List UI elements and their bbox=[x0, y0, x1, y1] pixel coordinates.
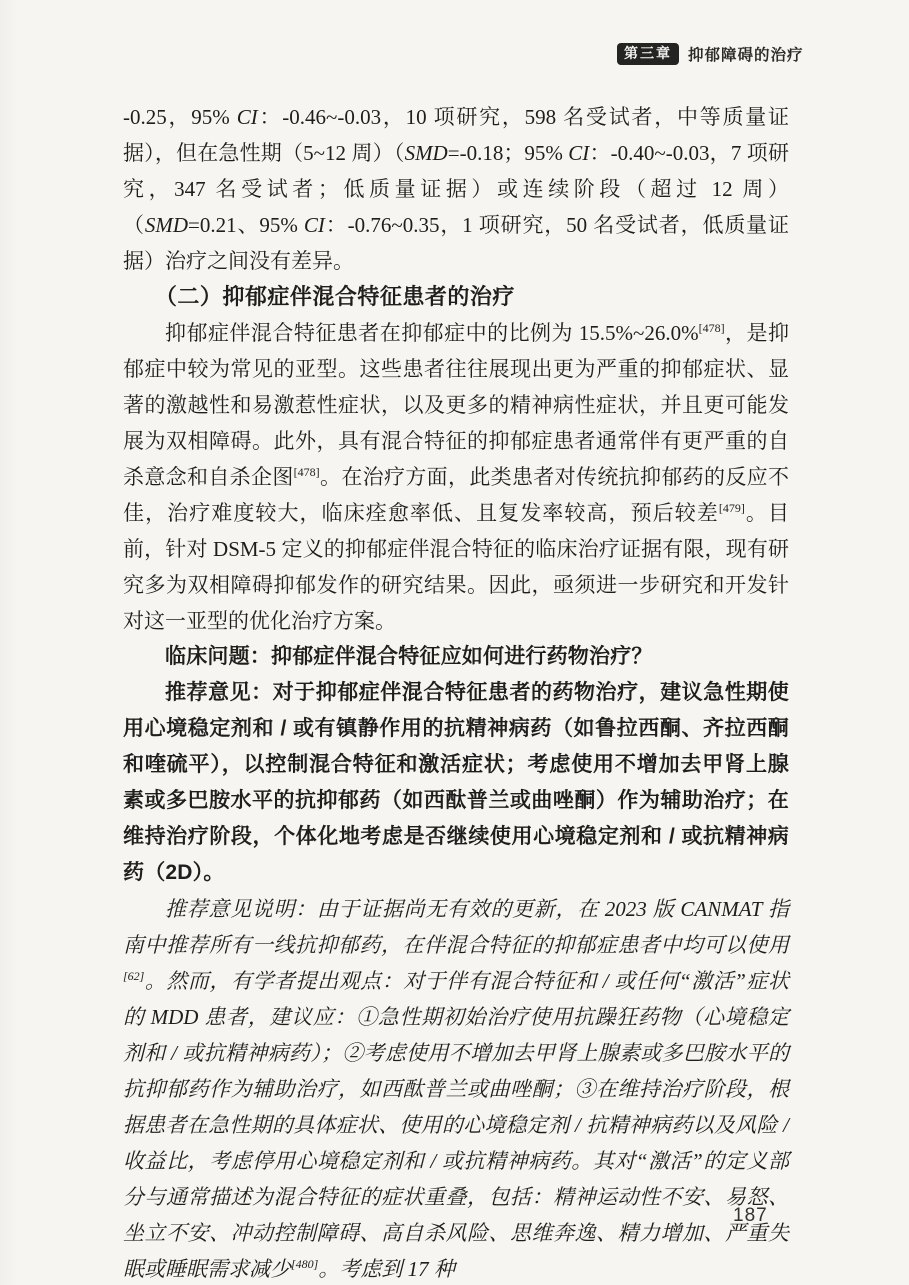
page-content: -0.25，95% CI：-0.46~-0.03，10 项研究，598 名受试者… bbox=[123, 99, 789, 1285]
paragraph-continuation: -0.25，95% CI：-0.46~-0.03，10 项研究，598 名受试者… bbox=[123, 99, 789, 279]
text-segment: 。然而，有学者提出观点：对于伴有混合特征和 / 或任何“激活”症状的 MDD 患… bbox=[123, 969, 789, 1281]
text-segment: -0.25，95% bbox=[123, 105, 237, 129]
running-header: 第三章 抑郁障碍的治疗 bbox=[617, 43, 804, 65]
recommendation: 推荐意见：对于抑郁症伴混合特征患者的药物治疗，建议急性期使用心境稳定剂和 / 或… bbox=[123, 675, 789, 891]
chapter-title: 抑郁障碍的治疗 bbox=[688, 43, 804, 65]
reference-marker: [478] bbox=[699, 321, 725, 335]
reference-marker: [480] bbox=[291, 1257, 318, 1271]
recommendation-explanation: 推荐意见说明：由于证据尚无有效的更新，在 2023 版 CANMAT 指南中推荐… bbox=[123, 891, 789, 1285]
text-segment: SMD bbox=[145, 213, 188, 237]
reference-marker: [479] bbox=[719, 501, 745, 515]
reference-marker: [478] bbox=[294, 465, 320, 479]
text-segment: CI bbox=[568, 141, 589, 165]
chapter-badge: 第三章 bbox=[617, 43, 679, 65]
text-segment: 推荐意见说明：由于证据尚无有效的更新，在 2023 版 CANMAT 指南中推荐… bbox=[123, 897, 789, 957]
clinical-question: 临床问题：抑郁症伴混合特征应如何进行药物治疗？ bbox=[123, 639, 789, 675]
text-segment: 抑郁症伴混合特征患者在抑郁症中的比例为 15.5%~26.0% bbox=[165, 321, 699, 345]
text-segment: =-0.18；95% bbox=[448, 141, 569, 165]
reference-marker: [62] bbox=[123, 969, 144, 983]
text-segment: CI bbox=[237, 105, 258, 129]
book-page: 第三章 抑郁障碍的治疗 -0.25，95% CI：-0.46~-0.03，10 … bbox=[0, 0, 909, 1285]
text-segment: ，是抑郁症中较为常见的亚型。这些患者往往展现出更为严重的抑郁症状、显著的激越性和… bbox=[123, 321, 789, 489]
text-segment: =0.21、95% bbox=[188, 213, 304, 237]
page-number: 187 bbox=[733, 1205, 768, 1227]
section-heading: （二）抑郁症伴混合特征患者的治疗 bbox=[123, 279, 789, 315]
text-segment: 。考虑到 17 种 bbox=[318, 1257, 455, 1281]
text-segment: （二）抑郁症伴混合特征患者的治疗 bbox=[155, 284, 515, 309]
text-segment: 临床问题：抑郁症伴混合特征应如何进行药物治疗？ bbox=[165, 645, 653, 668]
text-segment: 推荐意见：对于抑郁症伴混合特征患者的药物治疗，建议急性期使用心境稳定剂和 / 或… bbox=[123, 681, 789, 884]
paragraph: 抑郁症伴混合特征患者在抑郁症中的比例为 15.5%~26.0%[478]，是抑郁… bbox=[123, 315, 789, 639]
text-segment: SMD bbox=[405, 141, 448, 165]
text-segment: CI bbox=[304, 213, 325, 237]
